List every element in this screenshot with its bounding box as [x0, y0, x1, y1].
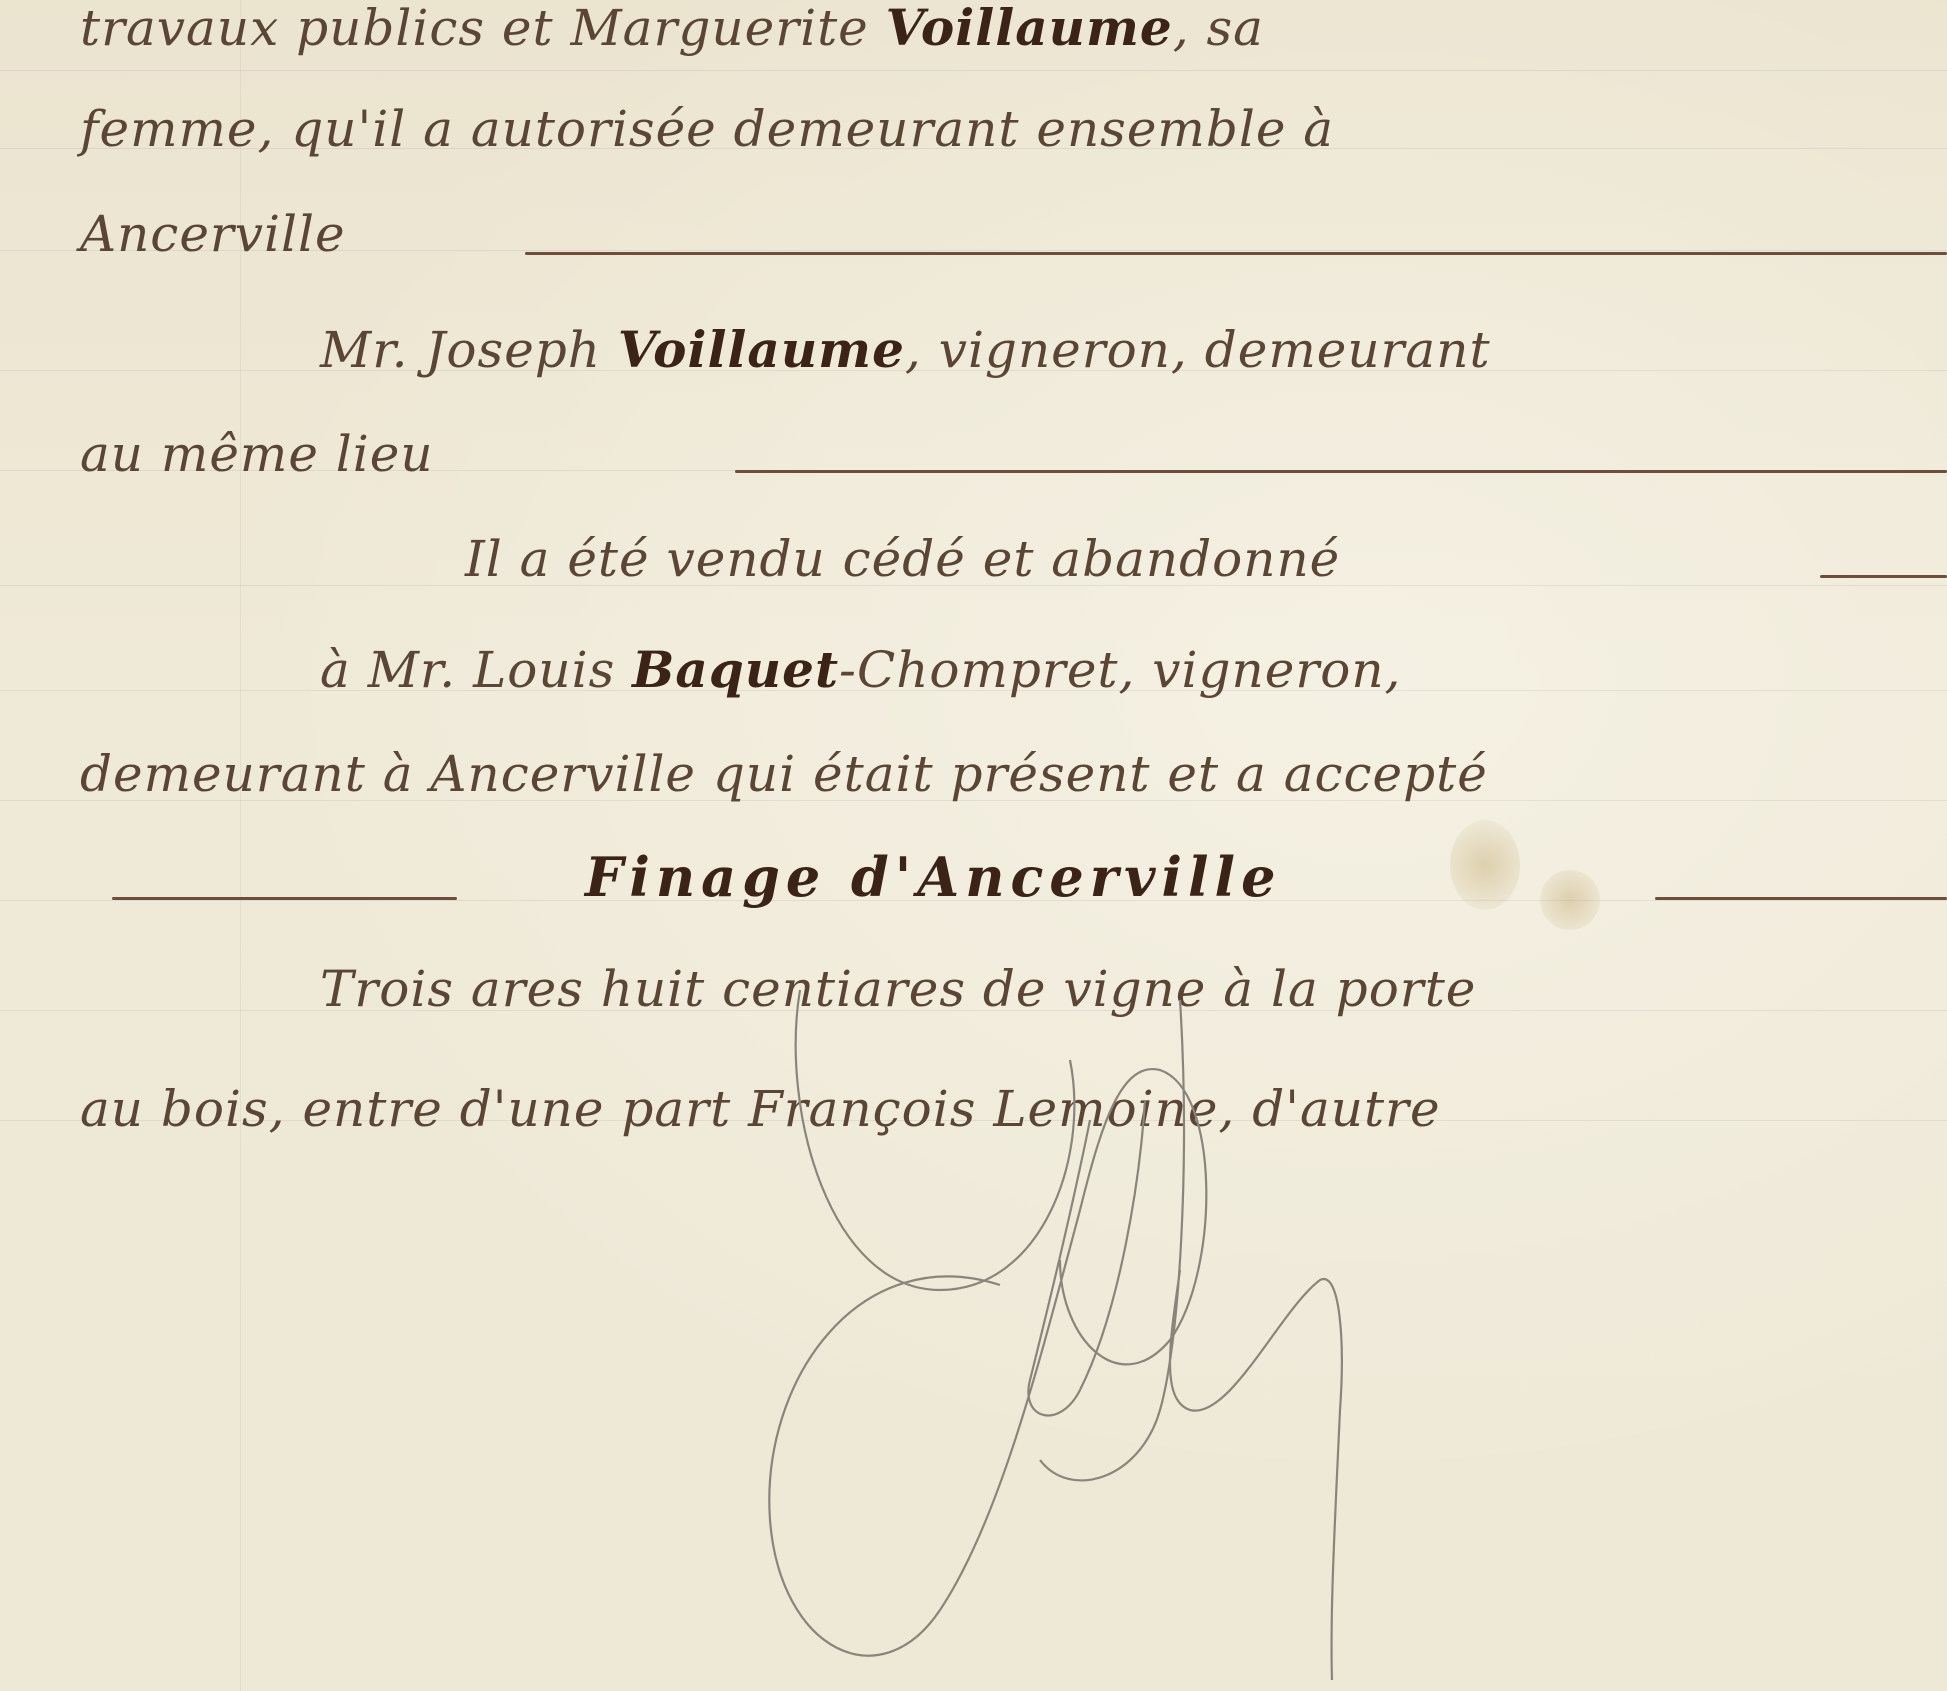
line-text: , vigneron, demeurant	[905, 321, 1491, 379]
line-text: Mr. Joseph	[320, 321, 618, 379]
surname: Voillaume	[618, 320, 905, 379]
line-text: au même lieu	[80, 425, 434, 483]
signature-flourish-icon	[740, 960, 1360, 1691]
heading-dash-right	[1655, 897, 1947, 900]
deed-line-3: Ancerville	[80, 205, 346, 263]
deed-line-5: au même lieu	[80, 425, 434, 483]
line-text: femme, qu'il a autorisée demeurant ensem…	[80, 100, 1334, 158]
document-page: travaux publics et Marguerite Voillaume,…	[0, 0, 1947, 1691]
deed-line-7: à Mr. Louis Baquet-Chompret, vigneron,	[320, 640, 1401, 699]
ruled-line	[0, 70, 1947, 71]
section-heading: Finage d'Ancerville	[585, 845, 1281, 909]
line-text: à Mr. Louis	[320, 641, 632, 699]
deed-line-1: travaux publics et Marguerite Voillaume,…	[80, 0, 1264, 57]
line-text: -Chompret, vigneron,	[839, 641, 1401, 699]
ink-stain	[1540, 870, 1600, 930]
deed-line-4: Mr. Joseph Voillaume, vigneron, demeuran…	[320, 320, 1491, 379]
fill-dash	[735, 470, 1947, 473]
fill-dash	[525, 252, 1947, 255]
heading-text: Finage d'Ancerville	[585, 845, 1281, 909]
deed-line-6: Il a été vendu cédé et abandonné	[465, 530, 1340, 588]
deed-line-8: demeurant à Ancerville qui était présent…	[80, 745, 1488, 803]
heading-dash-left	[112, 897, 457, 900]
ink-stain	[1450, 820, 1520, 910]
surname: Baquet	[632, 640, 839, 699]
line-text: Ancerville	[80, 205, 346, 263]
line-text: demeurant à Ancerville qui était présent…	[80, 745, 1488, 803]
surname: Voillaume	[886, 0, 1173, 57]
line-text: Il a été vendu cédé et abandonné	[465, 530, 1340, 588]
fill-dash	[1820, 575, 1947, 578]
deed-line-2: femme, qu'il a autorisée demeurant ensem…	[80, 100, 1334, 158]
line-text: travaux publics et Marguerite	[80, 0, 886, 57]
line-text: , sa	[1173, 0, 1264, 57]
